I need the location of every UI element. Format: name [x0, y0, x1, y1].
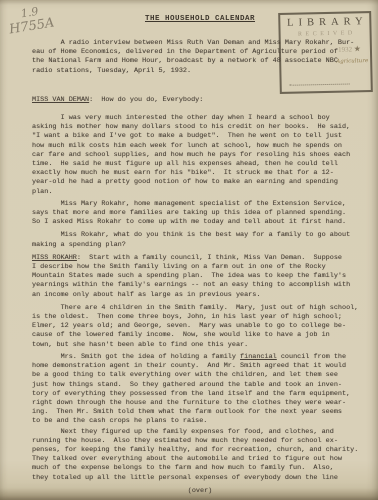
financial-underlined-word: financial: [240, 353, 277, 361]
intro-paragraph: A radio interview between Miss Ruth Van …: [32, 39, 368, 76]
document-text-column: THE HOUSEHOLD CALENDAR A radio interview…: [32, 14, 368, 496]
page-title: THE HOUSEHOLD CALENDAR: [32, 14, 368, 24]
page-title-text: THE HOUSEHOLD CALENDAR: [145, 15, 255, 23]
scanned-document-page: 1.9 H755A THE HOUSEHOLD CALENDAR A radio…: [0, 0, 378, 500]
speaker-label-van-deman: MISS VAN DEMAN: [32, 96, 89, 104]
financial-council-before: Mrs. Smith got the idea of holding a fam…: [32, 353, 240, 361]
financial-council-after: council from the home demonstration agen…: [32, 353, 350, 425]
rokahr-answer-paragraph: MISS ROKAHR: Start with a family council…: [32, 254, 368, 300]
bike-story-paragraph: I was very much interested the other day…: [32, 114, 368, 197]
expenses-paragraph: Next they figured up the family expenses…: [32, 428, 368, 483]
smith-children-paragraph: There are 4 children in the Smith family…: [32, 304, 368, 350]
rokahr-intro-paragraph: Miss Mary Rokahr, home management specia…: [32, 200, 368, 228]
question-paragraph: Miss Rokahr, what do you think is the be…: [32, 231, 368, 249]
speaker-label-rokahr: MISS ROKAHR: [32, 254, 77, 262]
over-label: (over): [32, 487, 368, 496]
rokahr-answer-text: : Start with a family council, I think, …: [32, 254, 350, 299]
greeting-text: : How do you do, Everybody:: [89, 96, 203, 104]
van-deman-greeting: MISS VAN DEMAN: How do you do, Everybody…: [32, 96, 368, 105]
financial-council-paragraph: Mrs. Smith got the idea of holding a fam…: [32, 353, 368, 427]
